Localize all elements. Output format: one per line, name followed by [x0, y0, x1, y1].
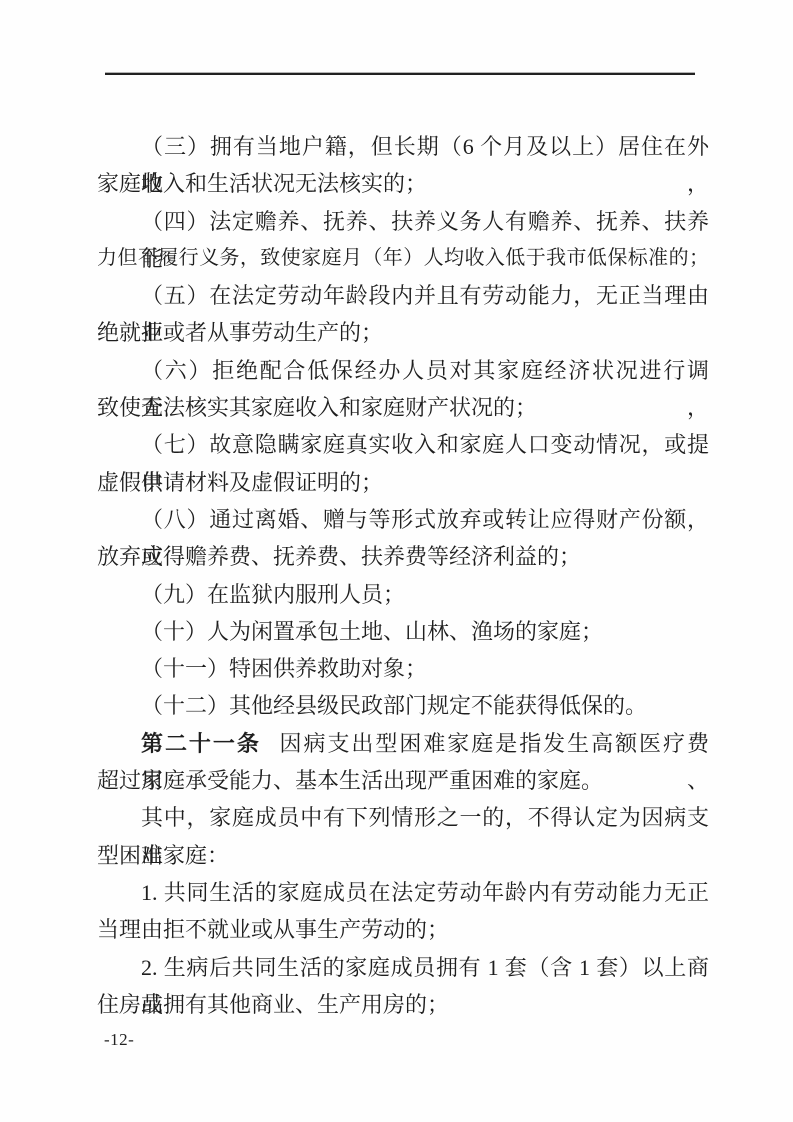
text-line: （五）在法定劳动年龄段内并且有劳动能力，无正当理由拒: [97, 277, 709, 314]
text-line: （七）故意隐瞒家庭真实收入和家庭人口变动情况，或提供: [97, 426, 709, 463]
text-line: （十二）其他经县级民政部门规定不能获得低保的。: [97, 687, 709, 724]
text-line: 绝就业或者从事劳动生产的；: [97, 314, 709, 351]
text-line: （三）拥有当地户籍，但长期（6 个月及以上）居住在外地，: [97, 128, 709, 165]
text-line-article-21: 第二十一条因病支出型困难家庭是指发生高额医疗费用、: [97, 725, 709, 762]
document-page: （三）拥有当地户籍，但长期（6 个月及以上）居住在外地， 家庭收入和生活状况无法…: [0, 0, 793, 1122]
text-line: 力但不履行义务，致使家庭月（年）人均收入低于我市低保标准的；: [97, 240, 709, 277]
text-line: 放弃应得赡养费、抚养费、扶养费等经济利益的；: [97, 538, 709, 575]
text-line: 其中，家庭成员中有下列情形之一的，不得认定为因病支出: [97, 799, 709, 836]
text-line: （四）法定赡养、抚养、扶养义务人有赡养、抚养、扶养能: [97, 203, 709, 240]
text-line: （九）在监狱内服刑人员；: [97, 576, 709, 613]
text-line: 当理由拒不就业或从事生产劳动的；: [97, 911, 709, 948]
text-line: 住房或拥有其他商业、生产用房的；: [97, 986, 709, 1023]
body-text: （三）拥有当地户籍，但长期（6 个月及以上）居住在外地， 家庭收入和生活状况无法…: [97, 128, 709, 1023]
text-line: 2. 生病后共同生活的家庭成员拥有 1 套（含 1 套）以上商品: [97, 949, 709, 986]
text-line: 型困难家庭：: [97, 837, 709, 874]
text-line: 1. 共同生活的家庭成员在法定劳动年龄内有劳动能力无正: [97, 874, 709, 911]
header-rule: [105, 72, 695, 75]
article-number-label: 第二十一条: [141, 731, 261, 756]
text-line: （八）通过离婚、赠与等形式放弃或转让应得财产份额，或: [97, 501, 709, 538]
page-number: -12-: [104, 1028, 134, 1052]
text-line: （十一）特困供养救助对象；: [97, 650, 709, 687]
text-line: （六）拒绝配合低保经办人员对其家庭经济状况进行调查，: [97, 352, 709, 389]
text-line: 虚假申请材料及虚假证明的；: [97, 464, 709, 501]
text-line: （十）人为闲置承包土地、山林、渔场的家庭；: [97, 613, 709, 650]
